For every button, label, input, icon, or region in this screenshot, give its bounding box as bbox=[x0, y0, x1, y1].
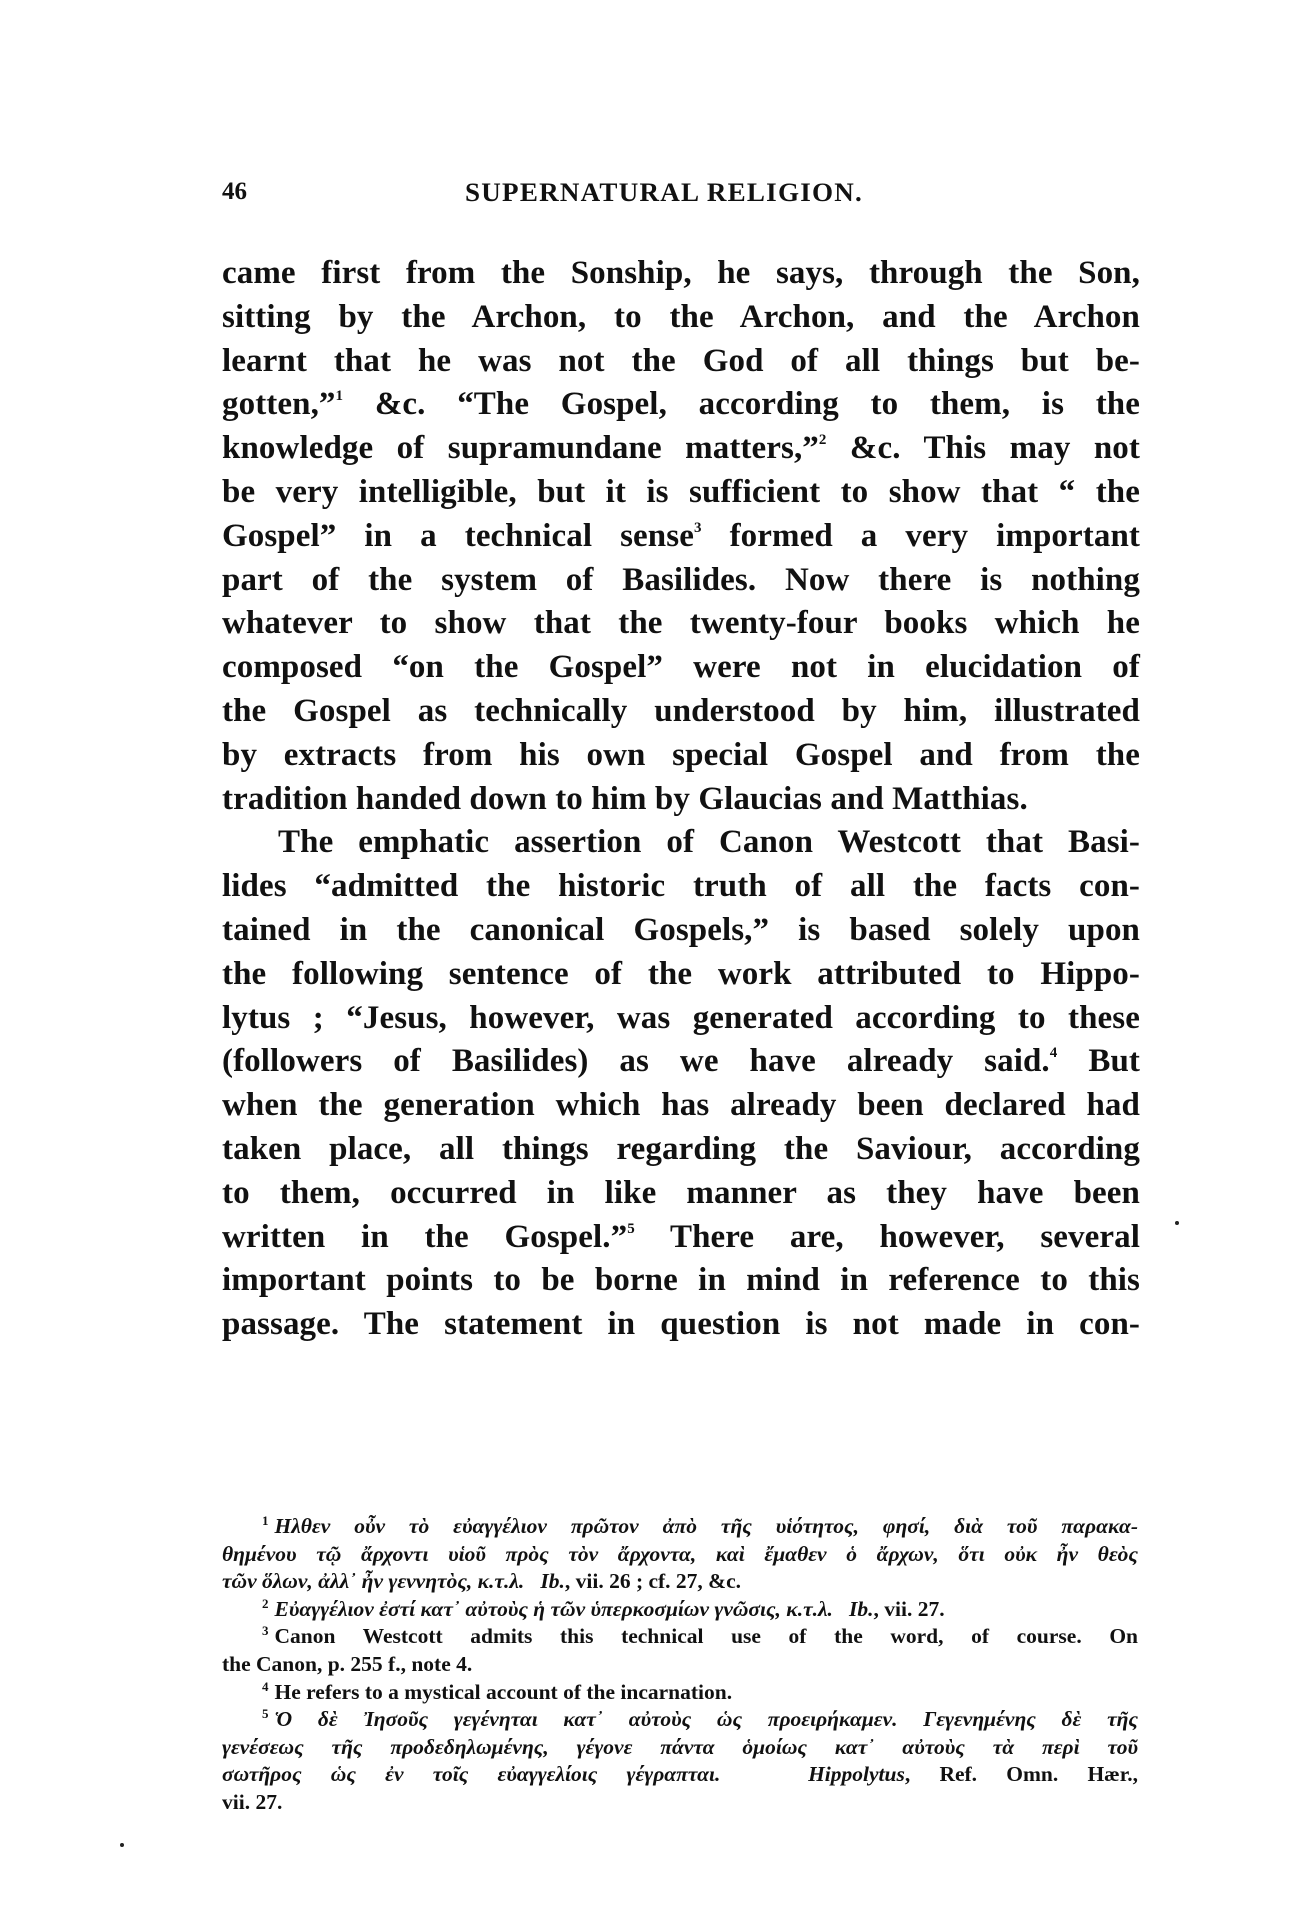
body-line: be very intelligible, but it is sufficie… bbox=[222, 471, 1140, 515]
footnote-number: 3 bbox=[262, 1623, 269, 1638]
footnote-line: vii. 27. bbox=[222, 1789, 1138, 1817]
body-line: gotten,”1 &c. “The Gospel, according to … bbox=[222, 383, 1140, 427]
body-line: (followers of Basilides) as we have alre… bbox=[222, 1040, 1140, 1084]
footnote-line: the Canon, p. 255 f., note 4. bbox=[222, 1651, 1138, 1679]
footnote-4: 4He refers to a mystical account of the … bbox=[222, 1679, 1138, 1707]
running-title: SUPERNATURAL RELIGION. bbox=[465, 178, 863, 208]
body-line: passage. The statement in question is no… bbox=[222, 1303, 1140, 1347]
footnote-line: τῶν ὅλων, ἀλλ᾽ ἦν γεννητὸς, κ.τ.λ. Ib., … bbox=[222, 1568, 1138, 1596]
footnote-ref-3[interactable]: 3 bbox=[694, 520, 702, 536]
footnote-2: 2Εὐαγγέλιον ἐστί κατ᾽ αὐτοὺς ἡ τῶν ὑπερκ… bbox=[222, 1596, 1138, 1624]
body-line: composed “on the Gospel” were not in elu… bbox=[222, 646, 1140, 690]
body-line: sitting by the Archon, to the Archon, an… bbox=[222, 296, 1140, 340]
footnote-ref-5[interactable]: 5 bbox=[627, 1221, 635, 1237]
page-number: 46 bbox=[222, 178, 247, 206]
body-line: lides “admitted the historic truth of al… bbox=[222, 865, 1140, 909]
footnote-3: 3Canon Westcott admits this technical us… bbox=[222, 1623, 1138, 1651]
body-line: when the generation which has already be… bbox=[222, 1084, 1140, 1128]
paragraph-start-line: The emphatic assertion of Canon Westcott… bbox=[222, 821, 1140, 865]
body-line: tained in the canonical Gospels,” is bas… bbox=[222, 909, 1140, 953]
footnote-line: σωτῆρος ὡς ἐν τοῖς εὐαγγελίοις γέγραπται… bbox=[222, 1761, 1138, 1789]
footnote-1: 1἞Hλθεν οὖν τὸ εὐαγγέλιον πρῶτον ἀπὸ τῆς… bbox=[222, 1513, 1138, 1541]
footnote-number: 1 bbox=[262, 1513, 269, 1528]
footnote-ref-1[interactable]: 1 bbox=[336, 388, 344, 404]
body-line: Gospel” in a technical sense3 formed a v… bbox=[222, 515, 1140, 559]
body-line: tradition handed down to him by Glaucias… bbox=[222, 778, 1140, 822]
body-line: lytus ; “Jesus, however, was generated a… bbox=[222, 997, 1140, 1041]
footnote-line: γενέσεως τῆς προδεδηλωμένης, γέγονε πάντ… bbox=[222, 1734, 1138, 1762]
footnote-line: θημένου τῷ ἄρχοντι υἱοῦ πρὸς τὸν ἄρχοντα… bbox=[222, 1541, 1138, 1569]
body-line: knowledge of supramundane matters,”2 &c.… bbox=[222, 427, 1140, 471]
body-line: the following sentence of the work attri… bbox=[222, 953, 1140, 997]
body-line: whatever to show that the twenty-four bo… bbox=[222, 602, 1140, 646]
body-line: written in the Gospel.”5 There are, howe… bbox=[222, 1216, 1140, 1260]
footnote-number: 4 bbox=[262, 1679, 269, 1694]
footnote-ref-2[interactable]: 2 bbox=[819, 432, 827, 448]
body-line: important points to be borne in mind in … bbox=[222, 1259, 1140, 1303]
body-line: came first from the Sonship, he says, th… bbox=[222, 252, 1140, 296]
book-page: 46 SUPERNATURAL RELIGION. came first fro… bbox=[0, 0, 1292, 1925]
body-line: to them, occurred in like manner as they… bbox=[222, 1172, 1140, 1216]
body-line: taken place, all things regarding the Sa… bbox=[222, 1128, 1140, 1172]
body-line: the Gospel as technically understood by … bbox=[222, 690, 1140, 734]
scan-speck bbox=[1175, 1221, 1179, 1225]
body-line: part of the system of Basilides. Now the… bbox=[222, 559, 1140, 603]
footnote-number: 5 bbox=[262, 1706, 269, 1721]
footnote-5: 5Ὁ δὲ Ἰησοῦς γεγένηται κατ᾽ αὐτοὺς ὡς πρ… bbox=[222, 1706, 1138, 1734]
body-line: learnt that he was not the God of all th… bbox=[222, 340, 1140, 384]
body-text: came first from the Sonship, he says, th… bbox=[222, 252, 1140, 1347]
scan-speck bbox=[120, 1843, 124, 1847]
footnote-number: 2 bbox=[262, 1596, 269, 1611]
body-line: by extracts from his own special Gospel … bbox=[222, 734, 1140, 778]
footnotes: 1἞Hλθεν οὖν τὸ εὐαγγέλιον πρῶτον ἀπὸ τῆς… bbox=[222, 1513, 1138, 1817]
running-head: 46 SUPERNATURAL RELIGION. bbox=[222, 178, 1140, 212]
